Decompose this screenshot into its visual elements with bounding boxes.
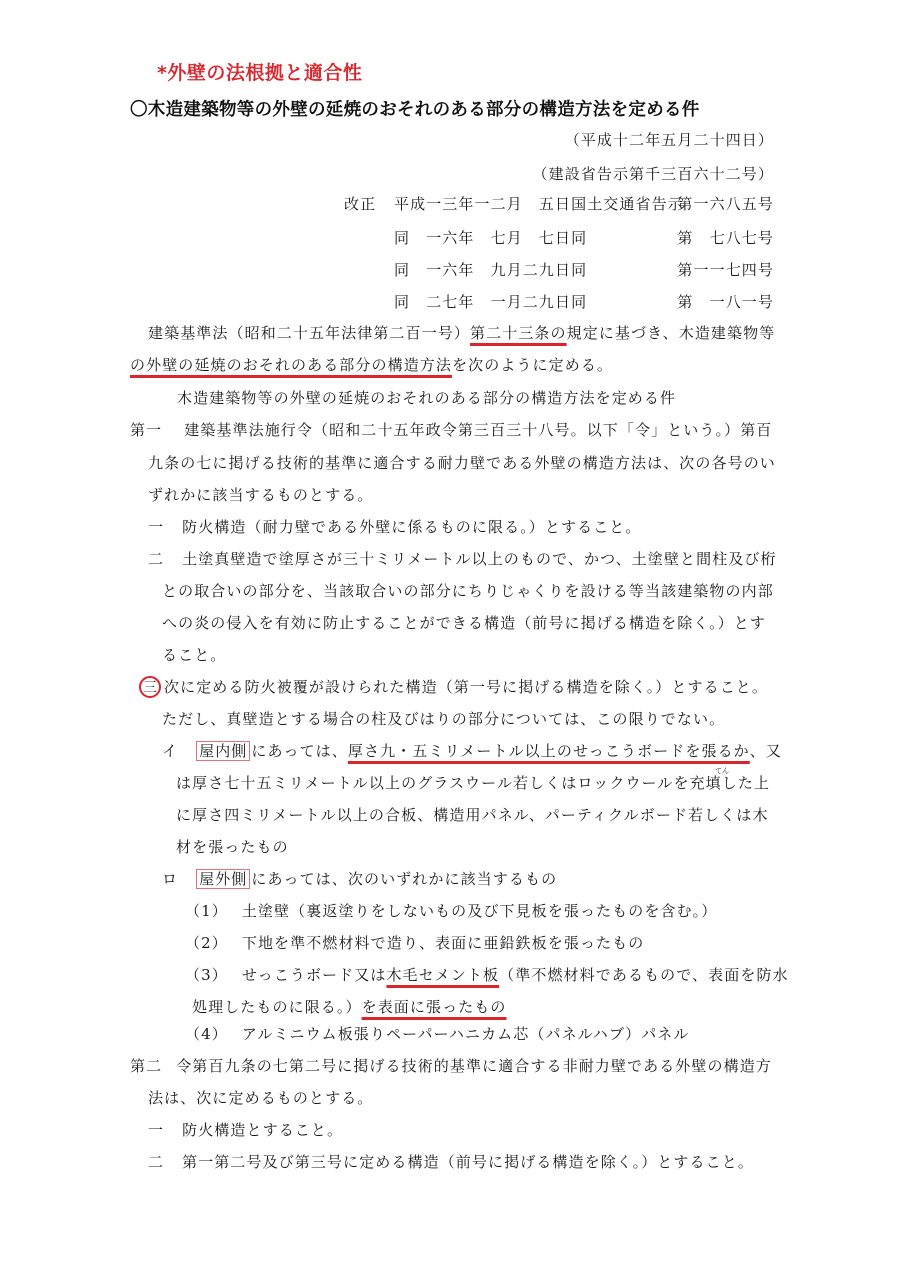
notice-subtitle: 木造建築物等の外壁の延焼のおそれのある部分の構造方法を定める件: [177, 388, 676, 408]
preamble-text: 規定に基づき、木造建築物等: [567, 324, 776, 342]
boxed-interior-side: 屋内側: [196, 741, 250, 761]
subitem-i-line-4: 材を張ったもの: [176, 837, 289, 857]
preamble-text: を次のように定める。: [452, 356, 613, 374]
revision-label: 改正: [344, 194, 376, 214]
revision-number: 第 一八一号: [677, 292, 774, 312]
subitem-text: （準不燃材料であるもので、表面を防水: [499, 966, 789, 984]
subitem-number: （4）: [185, 1025, 228, 1043]
item-text: 防火構造（耐力壁である外壁に係るものに限る。）とすること。: [182, 518, 641, 536]
section-1-line-3: ずれかに該当するものとする。: [148, 485, 373, 505]
item-text: 防火構造とすること。: [182, 1121, 343, 1139]
revision-row: 平成一三年一二月 五日国土交通省告示: [394, 194, 684, 214]
item-text: 第一第二号及び第三号に定める構造（前号に掲げる構造を除く。）とすること。: [182, 1153, 754, 1171]
revision-row: 同 二七年 一月二九日同: [394, 292, 587, 312]
document-page: *外壁の法根拠と適合性 〇木造建築物等の外壁の延焼のおそれのある部分の構造方法を…: [0, 0, 905, 1280]
item-number: 一: [148, 1121, 164, 1139]
preamble-text: 建築基準法（昭和二十五年法律第二百一号）: [148, 324, 470, 342]
item-3-line-1: 三次に定める防火被覆が設けられた構造（第一号に掲げる構造を除く。）とすること。: [143, 677, 768, 699]
revision-date: 同 二七年 一月二九日同: [394, 293, 587, 311]
highlight-gypsum-board: 厚さ九・五ミリメートル以上のせっこうボードを張るか: [348, 742, 750, 760]
revision-date: 同 一六年 九月二九日同: [394, 261, 587, 279]
section-1-line-1: 第一建築基準法施行令（昭和二十五年政令第三百三十八号。以下「令」という。）第百: [130, 420, 772, 440]
subitem-3-line-1: （3）せっこうボード又は木毛セメント板（準不燃材料であるもので、表面を防水: [185, 965, 789, 985]
subitem-i-line-3: に厚さ四ミリメートル以上の合板、構造用パネル、パーティクルボード若しくは木: [176, 805, 769, 825]
item-2-line-2: との取合いの部分を、当該取合いの部分にちりじゃくりを設ける等当該建築物の内部: [162, 581, 774, 601]
subitem-text: にあっては、次のいずれかに該当するもの: [251, 870, 557, 888]
subitem-i-line-1: イ屋内側にあっては、厚さ九・五ミリメートル以上のせっこうボードを張るか、又: [162, 741, 782, 761]
revision-row: 同 一六年 七月 七日同: [394, 228, 587, 248]
highlight-wood-wool-cement-board: 木毛セメント板: [386, 966, 499, 984]
item-text: 次に定める防火被覆が設けられた構造（第一号に掲げる構造を除く。）とすること。: [164, 678, 768, 696]
highlight-structure-method: の外壁の延焼のおそれのある部分の構造方法: [130, 356, 452, 374]
preamble-line-1: 建築基準法（昭和二十五年法律第二百一号）第二十三条の規定に基づき、木造建築物等: [148, 323, 775, 343]
revision-number: 第一一七四号: [677, 260, 774, 280]
highlight-applied-surface: を表面に張ったもの: [362, 998, 507, 1016]
subitem-label: イ: [162, 742, 178, 760]
section-heading: *外壁の法根拠と適合性: [157, 58, 362, 85]
revision-date: 平成一三年一二月 五日国土交通省告示: [394, 195, 684, 213]
item-text: 土塗真壁造で塗厚さが三十ミリメートル以上のもので、かつ、土塗壁と間柱及び桁: [182, 550, 777, 568]
preamble-line-2: の外壁の延焼のおそれのある部分の構造方法を次のように定める。: [130, 355, 613, 375]
section-1-line-2: 九条の七に掲げる技術的基準に適合する耐力壁である外壁の構造方法は、次の各号のい: [148, 453, 776, 473]
item-number: 二: [148, 550, 164, 568]
document-title: 〇木造建築物等の外壁の延焼のおそれのある部分の構造方法を定める件: [130, 96, 700, 121]
boxed-exterior-side: 屋外側: [196, 869, 250, 889]
highlight-article-23: 第二十三条の: [470, 324, 567, 342]
section-2-line-1: 第二令第百九条の七第二号に掲げる技術的基準に適合する非耐力壁である外壁の構造方: [130, 1056, 772, 1076]
subitem-4: （4）アルミニウム板張りペーパーハニカム芯（パネルハブ）パネル: [185, 1024, 690, 1044]
subitem-number: （3）: [185, 966, 228, 984]
circled-item-number: 三: [139, 676, 161, 698]
subitem-label: ロ: [162, 870, 178, 888]
section-2-line-2: 法は、次に定めるものとする。: [148, 1088, 373, 1108]
revision-date: 同 一六年 七月 七日同: [394, 229, 587, 247]
subitem-3-line-2: 処理したものに限る。）を表面に張ったもの: [192, 997, 507, 1017]
item-2-line-1: 二土塗真壁造で塗厚さが三十ミリメートル以上のもので、かつ、土塗壁と間柱及び桁: [148, 549, 777, 569]
subitem-number: （1）: [185, 902, 228, 920]
subitem-text: 下地を準不燃材料で造り、表面に亜鉛鉄板を張ったもの: [242, 934, 645, 952]
item-number: 一: [148, 518, 164, 536]
notice-number: （建設省告示第千三百六十二号）: [532, 164, 774, 184]
subitem-i-line-2: は厚さ七十五ミリメートル以上のグラスウール若しくはロックウールを充填した上: [176, 773, 770, 793]
item-1: 一防火構造（耐力壁である外壁に係るものに限る。）とすること。: [148, 517, 642, 537]
section-2-label: 第二: [130, 1057, 162, 1075]
item-2-line-3: への炎の侵入を有効に防止することができる構造（前号に掲げる構造を除く。）とす: [162, 613, 766, 633]
revision-row: 同 一六年 九月二九日同: [394, 260, 587, 280]
section-1-label: 第一: [130, 421, 162, 439]
section-2-item-2: 二第一第二号及び第三号に定める構造（前号に掲げる構造を除く。）とすること。: [148, 1152, 754, 1172]
subitem-ro-line: ロ屋外側にあっては、次のいずれかに該当するもの: [162, 869, 557, 889]
subitem-text: にあっては、: [251, 742, 347, 760]
revision-number: 第一六八五号: [677, 194, 774, 214]
subitem-number: （2）: [185, 934, 228, 952]
promulgation-date: （平成十二年五月二十四日）: [565, 130, 774, 150]
subitem-text: アルミニウム板張りペーパーハニカム芯（パネルハブ）パネル: [242, 1025, 690, 1043]
subitem-text: 土塗壁（裏返塗りをしないもの及び下見板を張ったものを含む。）: [242, 902, 718, 920]
subitem-text: 、又: [750, 742, 782, 760]
subitem-1: （1）土塗壁（裏返塗りをしないもの及び下見板を張ったものを含む。）: [185, 901, 717, 921]
subitem-text: せっこうボード又は: [242, 966, 387, 984]
subitem-text: 処理したものに限る。）: [192, 998, 362, 1016]
section-1-text: 建築基準法施行令（昭和二十五年政令第三百三十八号。以下「令」という。）第百: [184, 421, 772, 439]
subitem-2: （2）下地を準不燃材料で造り、表面に亜鉛鉄板を張ったもの: [185, 933, 644, 953]
section-2-text: 令第百九条の七第二号に掲げる技術的基準に適合する非耐力壁である外壁の構造方: [176, 1057, 772, 1075]
section-2-item-1: 一防火構造とすること。: [148, 1120, 343, 1140]
item-number: 二: [148, 1153, 164, 1171]
item-2-line-4: ること。: [162, 645, 226, 665]
revision-number: 第 七八七号: [677, 228, 774, 248]
item-3-line-2: ただし、真壁造とする場合の柱及びはりの部分については、この限りでない。: [162, 709, 725, 729]
